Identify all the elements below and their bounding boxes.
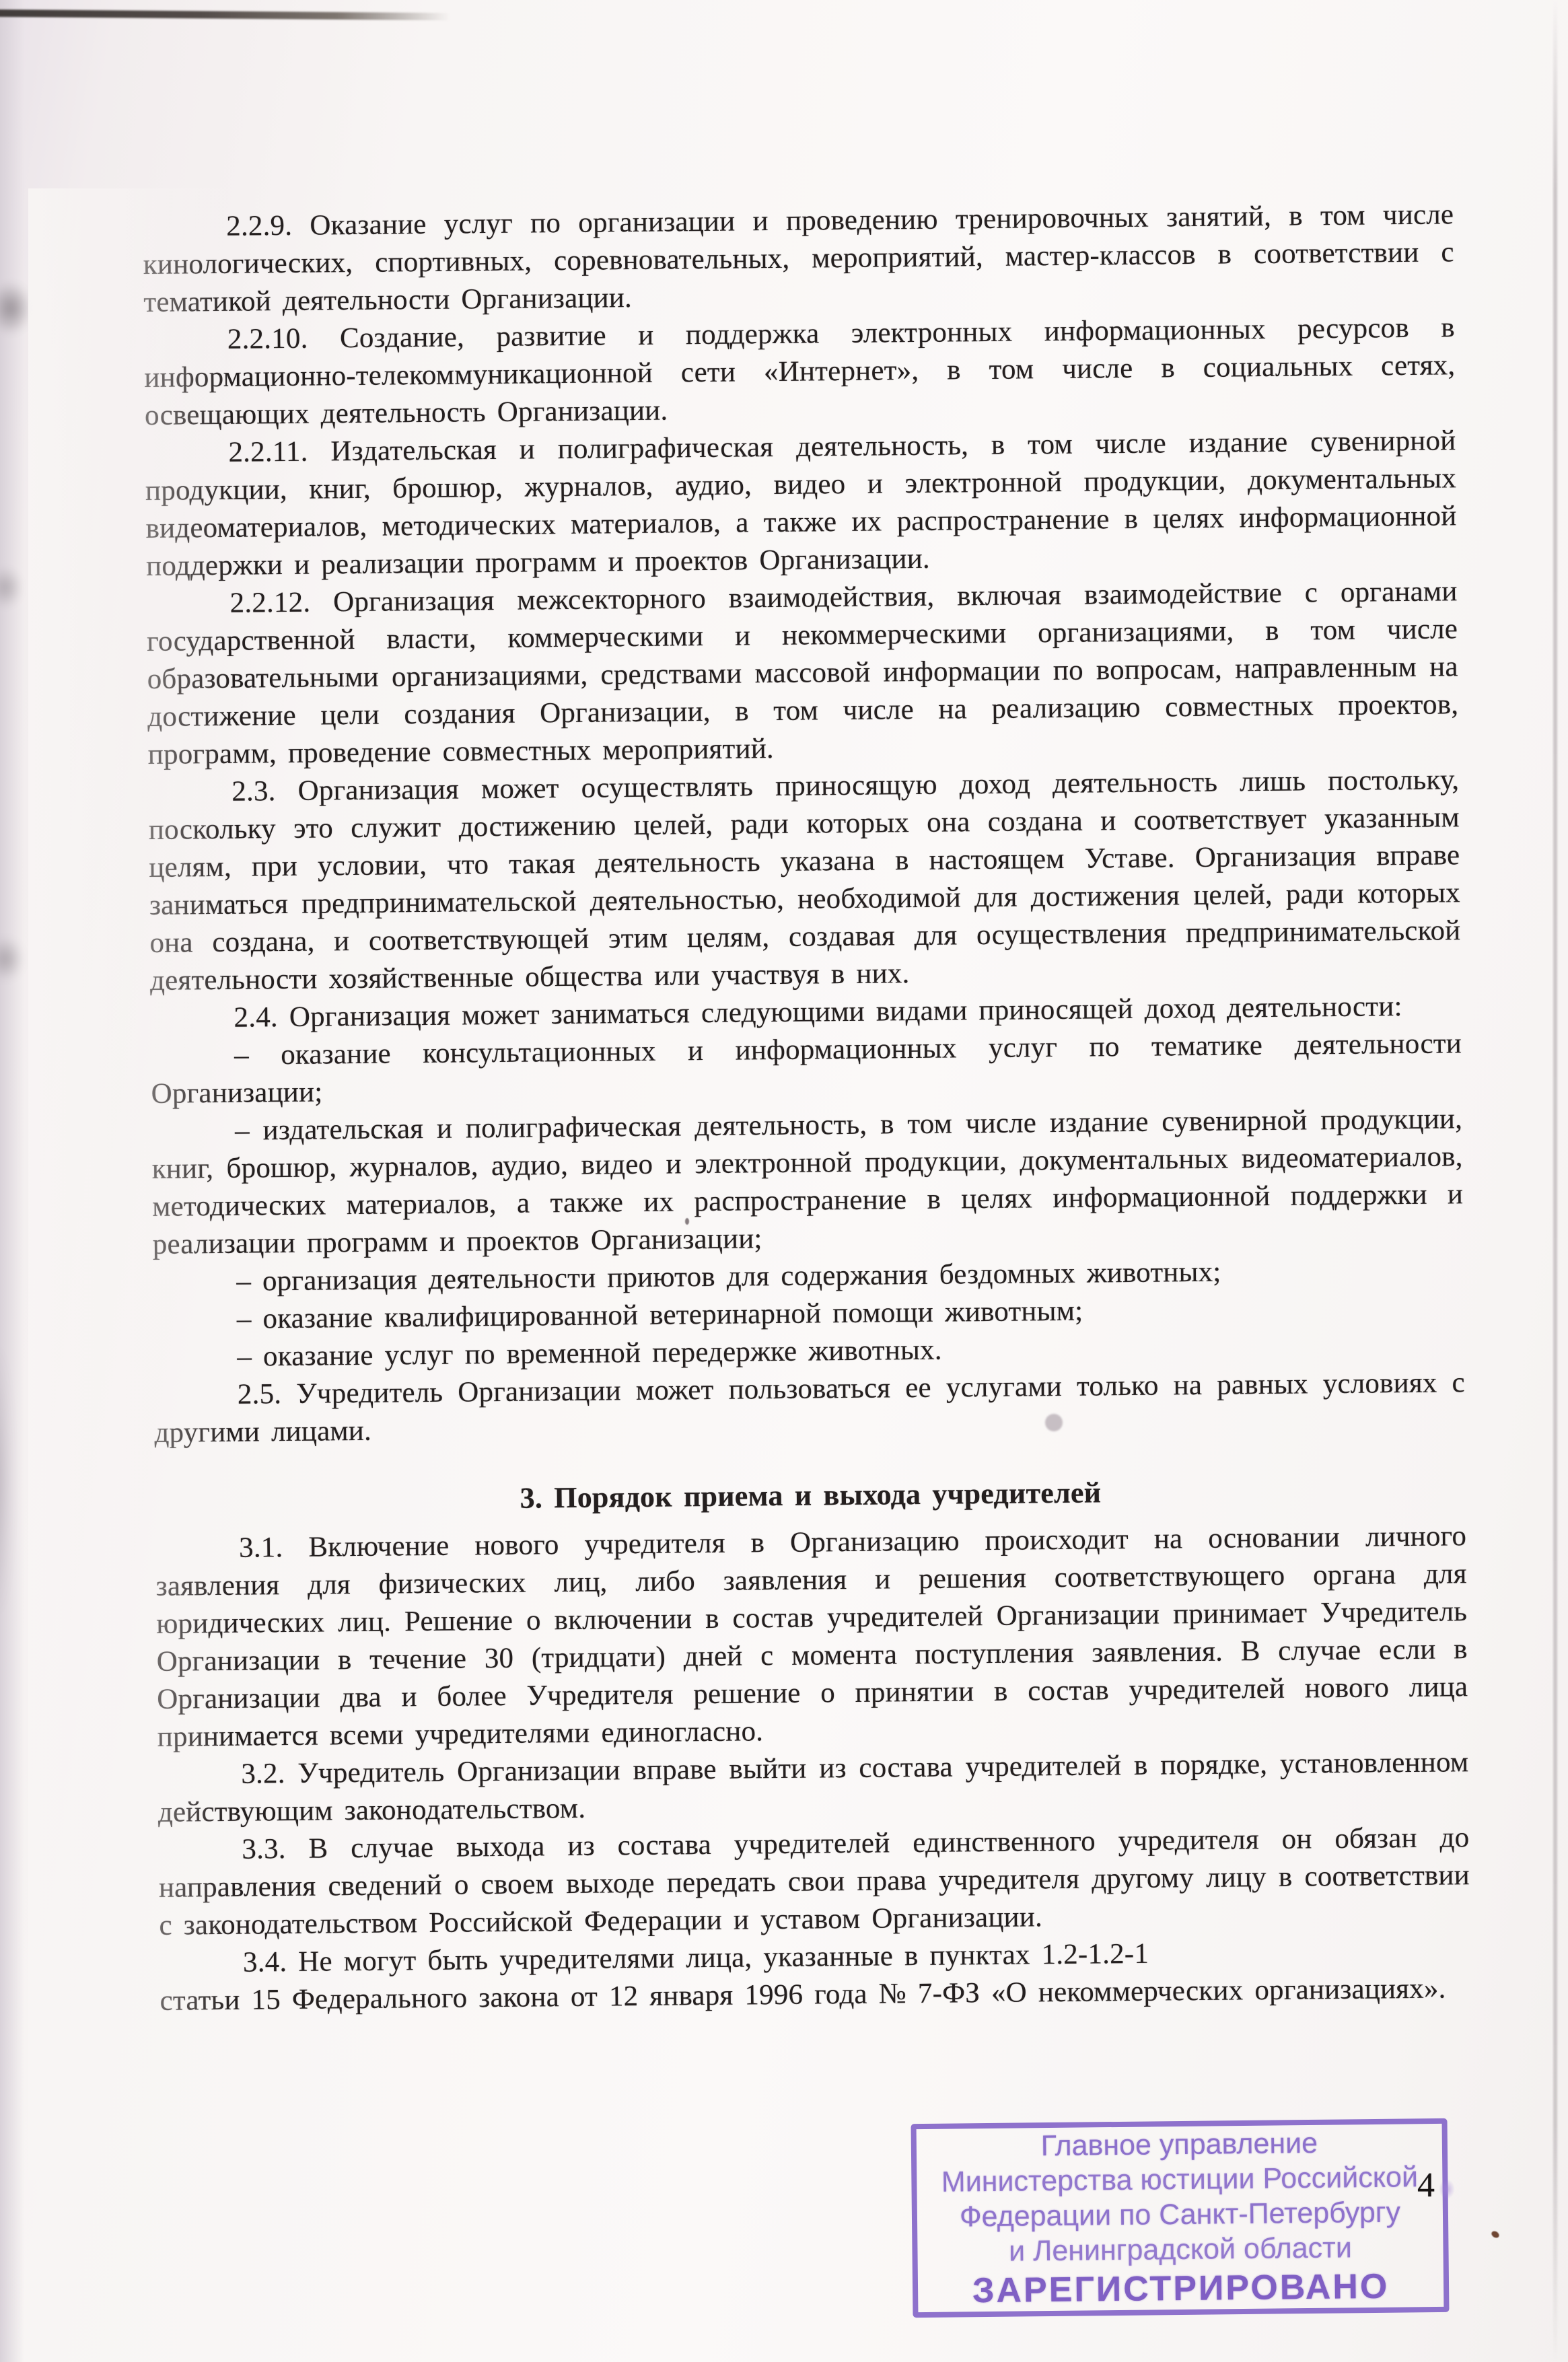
clause-3-1: 3.1. Включение нового учредителя в Орган… [155,1517,1468,1756]
clause-2-2-12: 2.2.12. Организация межсекторного взаимо… [146,573,1459,774]
clause-2-5: 2.5. Учредитель Организации может пользо… [154,1364,1466,1452]
stamp-registered-label: ЗАРЕГИСТРИРОВАНО [972,2266,1390,2311]
clause-3-2: 3.2. Учредитель Организации вправе выйти… [157,1744,1469,1832]
stamp-line: Главное управление [1040,2126,1318,2163]
stamp-line: Федерации по Санкт-Петербургу [960,2195,1401,2235]
registration-stamp: Главное управление Министерства юстиции … [911,2118,1450,2318]
list-item-dash-2: – издательская и полиграфическая деятель… [151,1100,1464,1264]
stamp-ink-smear [1439,2179,1455,2199]
document-text-block: 2.2.9. Оказание услуг по организации и п… [143,196,1471,2020]
clause-3-3: 3.3. В случае выхода из состава учредите… [158,1819,1470,1945]
stamp-line: Министерства юстиции Российской [941,2159,1419,2199]
scan-left-edge [0,0,24,2362]
clause-2-3: 2.3. Организация может осуществлять прин… [148,761,1461,1000]
paper-tiny-speck [685,1218,689,1225]
paper-gray-dot [1045,1414,1063,1431]
scan-right-edge [1553,0,1557,2362]
stamp-line: и Ленинградской области [1009,2230,1352,2268]
clause-2-2-9: 2.2.9. Оказание услуг по организации и п… [143,196,1455,322]
section-heading: 3. Порядок приема и выхода учредителей [155,1470,1466,1521]
page-number: 4 [1417,2166,1435,2205]
clause-2-2-10: 2.2.10. Создание, развитие и поддержка э… [144,309,1456,435]
list-item-dash-1: – оказание консультационных и информацио… [151,1025,1462,1113]
clause-2-2-11: 2.2.11. Издательская и полиграфическая д… [145,422,1457,585]
